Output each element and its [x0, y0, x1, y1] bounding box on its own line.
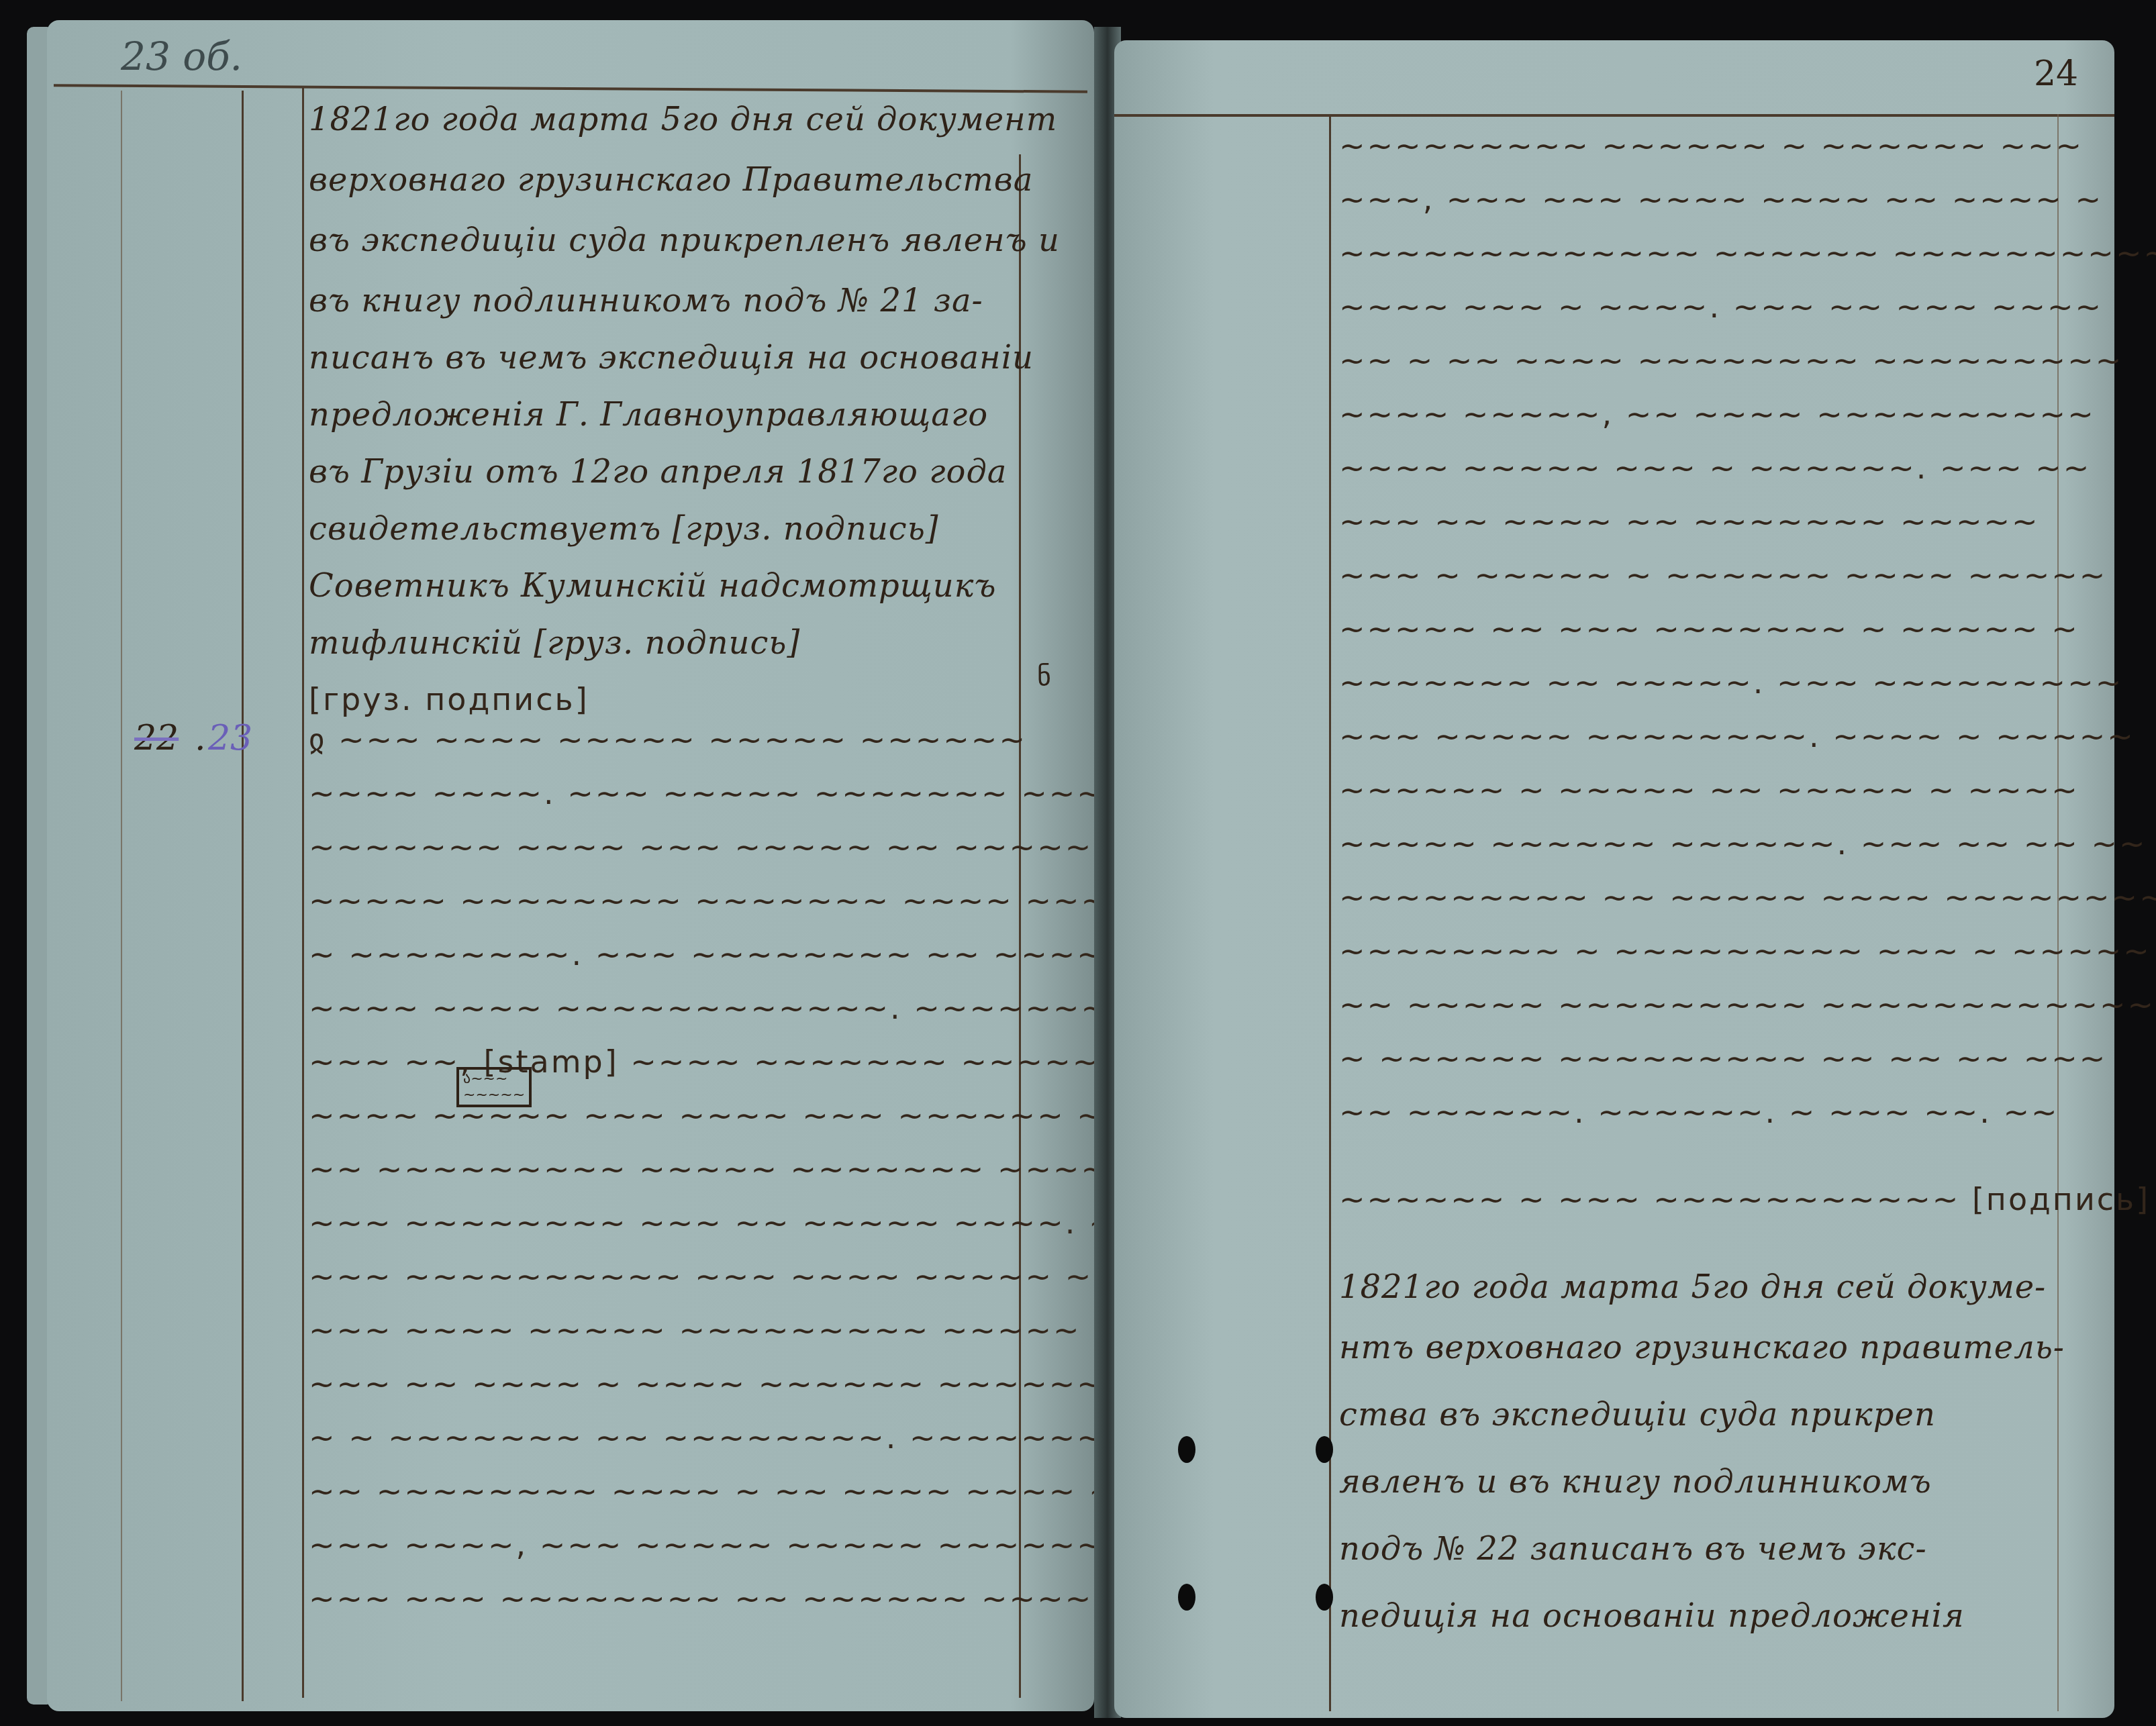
text-line: ~~~ ~~~~~ ~~~~~~~~. ~~~~ ~ ~~~~~ [1339, 718, 2135, 754]
text-line: ~~~~~~~ ~~ ~~~~~. ~~~ ~~~~~~~~~ [1339, 664, 2123, 701]
text-line: ~~~~ ~~~~~ ~~~ ~~~~ ~~~ ~~~~~~ ~~ [309, 1097, 1132, 1133]
binding-hole [1316, 1436, 1333, 1463]
text-line: подъ № 22 записанъ въ чемъ экс- [1339, 1530, 1927, 1568]
text-line: ~~~~~~~~~ ~~ ~~~~~ ~~~~ ~~~~~~~~ [1339, 879, 2156, 915]
right-page: 24 ~~~~~~~~~ ~~~~~~ ~ ~~~~~~ ~~~ ~~~, ~~… [1114, 40, 2114, 1718]
text-line: ~~~ ~~, [stamp] ~~~~ ~~~~~~~ ~~~~~~~~ [309, 1044, 1184, 1080]
text-line: ~~~~~ ~~ ~~~ ~~~~~~~ ~ ~~~~~ ~ [1339, 611, 2079, 647]
text-line: ~~~~ ~~~ ~ ~~~~. ~~~ ~~ ~~~ ~~~~ [1339, 289, 2103, 325]
text-line: ~~~~ ~~~~. ~~~ ~~~~~ ~~~~~~~ ~~~~ [309, 775, 1132, 811]
text-line: ~~~ ~ ~~~~~ ~ ~~~~~~ ~~~~ ~~~~~ [1339, 557, 2107, 593]
text-line: ~~~~ ~~~~~ ~~~ ~ ~~~~~~. ~~~ ~~ [1339, 450, 2091, 486]
header-rule [54, 84, 1087, 93]
text-line: ~~~~~~ ~ ~~~~~ ~~ ~~~~~ ~ ~~~~ [1339, 772, 2079, 808]
text-line: въ книгу подлинникомъ подъ № 21 за- [309, 282, 983, 319]
text-line: нтъ верховнаго грузинскаго правитель- [1339, 1329, 2065, 1366]
left-margin-rule [1329, 114, 1331, 1711]
signature: [груз. подпись] [309, 681, 589, 717]
text-line: верховнаго грузинскаго Правительства [309, 161, 1033, 199]
text-line: ~~~ ~~~~ ~~~~~ ~~~~~~~~~ ~~~~~ ~~~ [309, 1312, 1177, 1348]
text-line: ~~~~~~~ ~~~~ ~~~ ~~~~~ ~~ ~~~~~ [309, 829, 1093, 865]
text-line: свидетельствуетъ [груз. подпись] [309, 510, 939, 548]
text-line: ~~~~~~~~~ ~~~~~~ ~ ~~~~~~ ~~~ [1339, 128, 2084, 164]
right-margin-rule [1019, 154, 1021, 1698]
stamp-line: ა~~~ [463, 1071, 525, 1087]
text-line: ~~~~~~~~ ~ ~~~~~~~~~ ~~~ ~ ~~~~~ [1339, 933, 2151, 969]
binding-hole [1178, 1436, 1195, 1463]
margin-rule-dotted [121, 91, 122, 1701]
text-line: ~ ~~~~~~ ~~~~~~~~~ ~~ ~~ ~~ ~~~ [1339, 1040, 2107, 1076]
text-line: ~~~~~ ~~~~~~~~ ~~~~~~~ ~~~~ ~~~~~ [309, 882, 1165, 919]
left-folio-number: 23 об. [121, 34, 242, 79]
text-line: педиція на основаніи предложенія [1339, 1597, 1965, 1635]
text-line: 1821го года марта 5го дня сей документ [309, 101, 1057, 138]
text-line: ~~~ ~~~~, ~~~ ~~~~~ ~~~~~ ~~~~~~ ~~~~ [309, 1527, 1228, 1563]
header-rule [1114, 114, 2114, 117]
text-line: ~~~ ~~ ~~~~ ~~ ~~~~~~~ ~~~~~ [1339, 503, 2040, 540]
text-line: ჲ ~~~ ~~~~ ~~~~~ ~~~~~ ~~~~~~ [309, 721, 1027, 758]
text-line: тифлинскій [груз. подпись] [309, 624, 800, 662]
binding-hole [1178, 1584, 1195, 1611]
text-line: ~ ~~~~~~~~. ~~~ ~~~~~~~~ ~~ ~~~~~. [309, 936, 1144, 972]
text-line: предложенія Г. Главноуправляющаго [309, 396, 988, 434]
margin-mark: ნ [1037, 661, 1051, 692]
text-line: ~~~~ ~~~~ ~~~~~~~~~~~~. ~~~~~~~, ~. [309, 990, 1173, 1026]
text-line: ~~~~~~~~~~~~~ ~~~~~~ ~~~~~~~~~~ [1339, 235, 2156, 271]
signature-line: ~~~~~~ ~ ~~~ ~~~~~~~~~~~ [подпись] [1339, 1181, 2150, 1217]
entry-number-corrected: 23 [208, 718, 252, 758]
text-line: въ экспедиціи суда прикрепленъ явленъ и [309, 221, 1060, 259]
text-line: ства въ экспедиціи суда прикреп [1339, 1396, 1936, 1433]
text-line: ~~ ~ ~~ ~~~~ ~~~~~~~~ ~~~~~~~~~ [1339, 342, 2123, 378]
margin-rule-1 [242, 91, 244, 1701]
text-line: ~~~~~ ~~~~~~ ~~~~~~. ~~~ ~~ ~~ ~~ [1339, 825, 2147, 862]
text-line: Советникъ Куминскій надсмотрщикъ [309, 567, 996, 605]
text-line: ~~~ ~~~~~~~~ ~~~ ~~ ~~~~~ ~~~~. ~~~, [309, 1205, 1184, 1241]
seal-stamp: ა~~~ ~~~~~ [456, 1067, 532, 1107]
text-line: писанъ въ чемъ экспедиція на основаніи [309, 339, 1034, 376]
stamp-line: ~~~~~ [463, 1087, 525, 1103]
entry-number-struck: 22 [134, 718, 179, 758]
left-page: 23 об. 1821го года марта 5го дня сей док… [47, 20, 1094, 1711]
text-line: въ Грузіи отъ 12го апреля 1817го года [309, 453, 1007, 491]
text-line: ~~~~ ~~~~~, ~~ ~~~~ ~~~~~~~~~~ [1339, 396, 2096, 432]
text-line: ~~ ~~~~~~~~~ ~~~~~ ~~~~~~~ ~~~~~~~ [309, 1151, 1193, 1187]
entry-number-separator: . [195, 718, 206, 758]
text-line: ~~~ ~~~ ~~~~~~~~ ~~ ~~~~~~ ~~~~~~ ~ [309, 1580, 1188, 1617]
text-line: ~ ~ ~~~~~~~ ~~ ~~~~~~~~. ~~~~~~~~ [309, 1419, 1132, 1456]
text-line: ~~~ ~~ ~~~~ ~ ~~~~ ~~~~~~ ~~~~~~ [309, 1366, 1105, 1402]
right-folio-number: 24 [2034, 54, 2078, 94]
margin-rule-2 [302, 87, 304, 1698]
text-line: ~~~, ~~~ ~~~ ~~~~ ~~~~ ~~ ~~~~ ~ [1339, 181, 2103, 217]
text-line: ~~ ~~~~~~. ~~~~~~. ~ ~~~ ~~. ~~ [1339, 1094, 2059, 1130]
text-line: явленъ и въ книгу подлинникомъ [1339, 1463, 1932, 1501]
text-line: 1821го года марта 5го дня сей докуме- [1339, 1268, 2046, 1306]
binding-hole [1316, 1584, 1333, 1611]
text-line: ~~ ~~~~~~~~ ~~~~ ~ ~~ ~~~~ ~~~~ ~~~~ [309, 1473, 1200, 1509]
text-line: ~~ ~~~~~ ~~~~~~~~~ ~~~~~~~~~~~~~ [1339, 986, 2156, 1023]
